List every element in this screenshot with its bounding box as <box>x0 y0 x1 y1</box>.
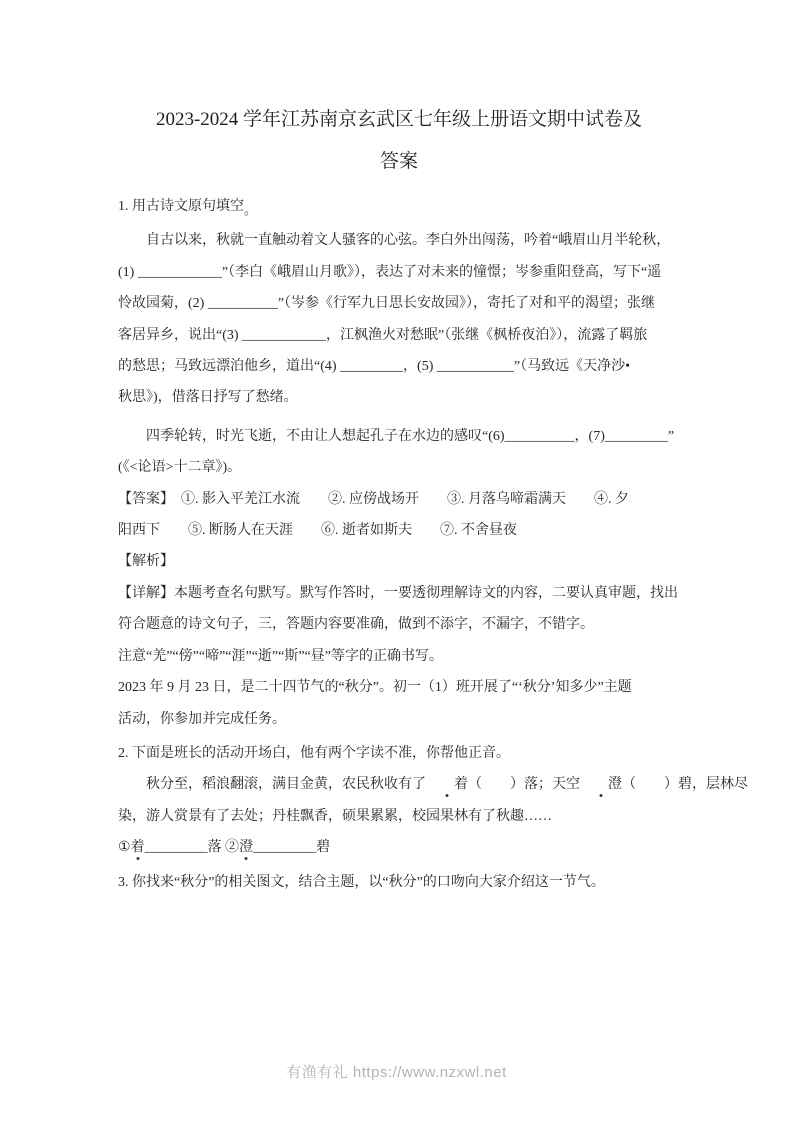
q1-paragraph-line: 四季轮转，时光飞逝，不由让人想起孔子在水边的感叹“(6)__________，(… <box>118 421 680 452</box>
detail-line: 注意“羌”“傍”“啼”“涯”“逝”“斯”“昼”等字的正确书写。 <box>118 641 680 672</box>
answer-line: 阳西下 ⑤. 断肠人在天涯 ⑥. 逝者如斯夫 ⑦. 不舍昼夜 <box>118 515 680 546</box>
q1-paragraph-line: (1) ____________”（李白《峨眉山月歌》），表达了对未来的憧憬；岑… <box>118 257 680 288</box>
q2-open-text: （ ）落；天空 <box>468 777 580 792</box>
q1-paragraph-line: 的愁思；马致远漂泊他乡，道出“(4) _________，(5) _______… <box>118 351 680 382</box>
page-title: 2023-2024 学年江苏南京玄武区七年级上册语文期中试卷及 答案 <box>118 99 680 183</box>
detail-line: 符合题意的诗文句子，三，答题内容要准确，做到不添字，不漏字，不错字。 <box>118 609 680 640</box>
q1-paragraph-line: 自古以来，秋就一直触动着文人骚客的心弦。李白外出闯荡，吟着“峨眉山月半轮秋， <box>118 225 680 256</box>
document-page: 2023-2024 学年江苏南京玄武区七年级上册语文期中试卷及 答案 1. 用古… <box>0 0 793 1122</box>
q1-paragraph-line: (《<论语>十二章》)。 <box>118 452 680 483</box>
question-2-label: 2. 下面是班长的活动开场白，他有两个字读不准，你帮他正音。 <box>118 738 680 769</box>
emphasized-char-cheng: 澄 <box>580 778 622 792</box>
q2-open-text: 秋分至，稻浪翻滚，满目金黄，农民秋收有了 <box>146 777 426 792</box>
watermark-footer: 有渔有礼 https://www.nzxwl.net <box>0 1061 793 1082</box>
footer-text: 有渔有礼 https://www.nzxwl.net <box>286 1064 507 1081</box>
q2-blank-text: _________落 ② <box>145 840 240 855</box>
question-1-label-period: 。 <box>244 202 257 217</box>
question-3-label: 3. 你找来“秋分”的相关图文，结合主题，以“秋分”的口吻向大家介绍这一节气。 <box>118 867 680 898</box>
q2-blank-text: _________碧 <box>253 840 330 855</box>
analysis-label: 【解析】 <box>118 546 680 577</box>
title-line-2: 答案 <box>118 141 680 183</box>
emphasized-char-cheng: 澄 <box>239 841 253 855</box>
title-line-1: 2023-2024 学年江苏南京玄武区七年级上册语文期中试卷及 <box>118 99 680 141</box>
answer-line: 【答案】 ①. 影入平羌江水流 ②. 应傍战场开 ③. 月落乌啼霜满天 ④. 夕 <box>118 484 680 515</box>
q2-pinyin-blank-line: ①着_________落 ②澄_________碧 <box>118 832 680 863</box>
q2-blank-text: ① <box>118 840 131 855</box>
q1-paragraph-line: 怜故园菊，(2) __________”（岑参《行军九日思长安故园》），寄托了对… <box>118 288 680 319</box>
q1-paragraph-line: 秋思》)，借落日抒写了愁绪。 <box>118 382 680 413</box>
activity-context-line: 活动，你参加并完成任务。 <box>118 704 680 735</box>
question-1-label: 1. 用古诗文原句填空。 <box>118 190 680 222</box>
detail-line: 【详解】本题考查名句默写。默写作答时，一要透彻理解诗文的内容，二要认真审题，找出 <box>118 578 680 609</box>
q2-open-text: （ ）碧，层林尽 <box>622 777 748 792</box>
q2-opening-line: 秋分至，稻浪翻滚，满目金黄，农民秋收有了着（ ）落；天空澄（ ）碧，层林尽 <box>118 769 680 800</box>
activity-context-line: 2023 年 9 月 23 日，是二十四节气的“秋分”。初一（1）班开展了“‘秋… <box>118 672 680 703</box>
document-content: 2023-2024 学年江苏南京玄武区七年级上册语文期中试卷及 答案 1. 用古… <box>118 99 680 898</box>
question-1-label-text: 1. 用古诗文原句填空 <box>118 199 244 214</box>
emphasized-char-zhao: 着 <box>131 841 145 855</box>
q2-opening-line: 染，游人赏景有了去处；丹桂飘香，硕果累累，校园果林有了秋趣…… <box>118 801 680 832</box>
q1-paragraph-line: 客居异乡，说出“(3) ____________，江枫渔火对愁眠”（张继《枫桥夜… <box>118 320 680 351</box>
emphasized-char-zhao: 着 <box>426 778 468 792</box>
